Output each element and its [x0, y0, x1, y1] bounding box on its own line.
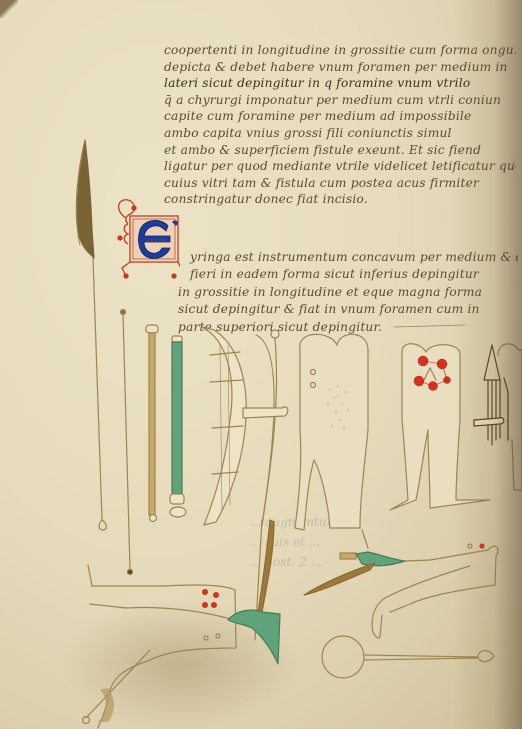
curved-blade-icon: [243, 330, 288, 640]
ochre-rod-icon: [146, 325, 158, 522]
bent-leg-icon: [304, 544, 498, 638]
probe-icon: [121, 310, 133, 575]
figure-back-icon: [295, 334, 368, 530]
lance-spear-icon: [76, 140, 106, 530]
green-knife-icon: [340, 530, 430, 566]
illustrations-layer: [0, 0, 522, 729]
curved-splint-icon: [202, 327, 246, 525]
red-dot: [479, 543, 484, 548]
green-cannula-icon: [170, 336, 186, 517]
manuscript-page: ... augmentum ... ... suis et ... ... no…: [0, 0, 522, 729]
leg-red-dots-icon: [83, 565, 237, 728]
red-dots: [202, 589, 219, 608]
ring-instrument-icon: [322, 636, 494, 678]
figure-instruments-icon: [474, 344, 522, 490]
